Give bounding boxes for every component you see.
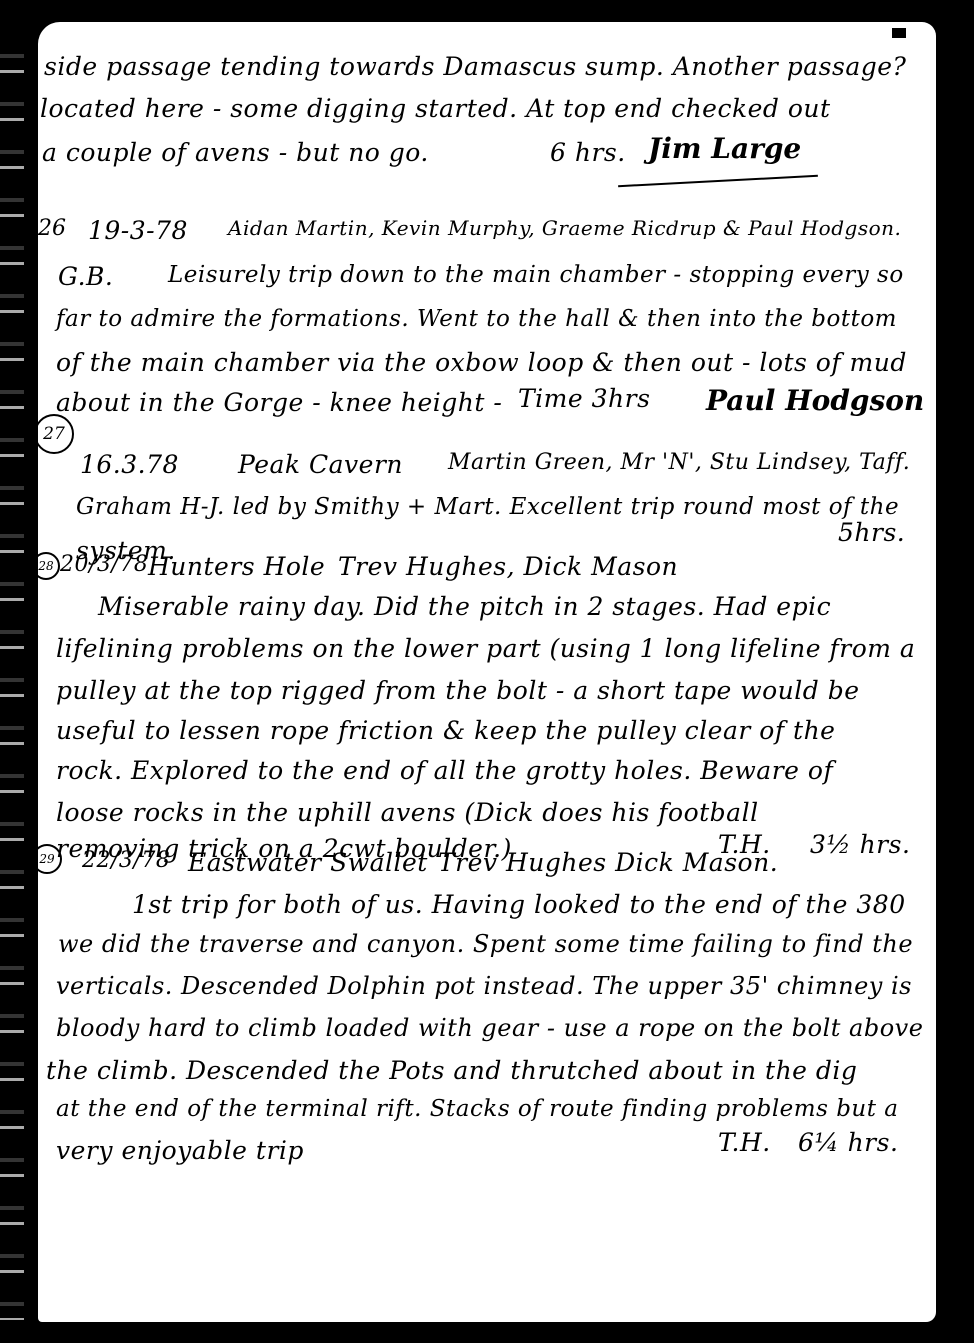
entry-number: 26 — [38, 216, 66, 241]
entry-text-line: about in the Gorge - knee height - — [56, 388, 502, 417]
entry-text-line: rock. Explored to the end of all the gro… — [56, 756, 833, 785]
entry-text-line: of the main chamber via the oxbow loop &… — [56, 348, 907, 377]
entry-duration: 5hrs. — [838, 518, 905, 547]
entry-cave: G.B. — [58, 262, 113, 291]
entry-duration: 3½ hrs. — [810, 830, 910, 859]
entry-text-line: Graham H-J. led by Smithy + Mart. Excell… — [76, 494, 899, 520]
entry-duration: 6¼ hrs. — [798, 1128, 898, 1157]
entry-number-circled: 29 — [32, 844, 62, 874]
entry-party: Trev Hughes, Dick Mason — [338, 552, 678, 581]
logbook-page: side passage tending towards Damascus su… — [38, 22, 936, 1322]
entry-date: 22/3/78 — [82, 848, 170, 873]
entry-cave: Peak Cavern — [238, 450, 403, 479]
entry-date: 16.3.78 — [80, 450, 179, 479]
entry-party: Aidan Martin, Kevin Murphy, Graeme Ricdr… — [228, 216, 901, 240]
signature-jim-large: Jim Large — [648, 132, 801, 165]
entry-text-line: Leisurely trip down to the main chamber … — [168, 262, 904, 288]
entry-date: 19-3-78 — [88, 216, 188, 245]
entry-text-line: 1st trip for both of us. Having looked t… — [132, 890, 906, 919]
entry-text-line: useful to lessen rope friction & keep th… — [56, 716, 835, 745]
entry-text-line: very enjoyable trip — [56, 1136, 304, 1165]
scan-binding-edge — [0, 40, 24, 1320]
entry-text-line: the climb. Descended the Pots and thrutc… — [46, 1056, 857, 1085]
entry-party: Trev Hughes Dick Mason. — [438, 848, 778, 877]
entry-text-line: verticals. Descended Dolphin pot instead… — [56, 972, 912, 1000]
entry-number-circled: 28 — [32, 552, 60, 580]
entry-date: 20/3/78 — [60, 552, 148, 577]
continuation-line: side passage tending towards Damascus su… — [44, 52, 906, 81]
entry-cave: Eastwater Swallet — [188, 848, 428, 877]
entry-text-line: at the end of the terminal rift. Stacks … — [56, 1096, 899, 1122]
entry-text-line: lifelining problems on the lower part (u… — [56, 634, 915, 663]
signature-underline — [618, 175, 818, 187]
signature-paul-hodgson: Paul Hodgson — [706, 384, 924, 417]
entry-initials: T.H. — [718, 1128, 771, 1157]
entry-number-circled: 27 — [34, 414, 74, 454]
entry-party: Martin Green, Mr 'N', Stu Lindsey, Taff. — [448, 450, 910, 475]
entry-text-line: pulley at the top rigged from the bolt -… — [56, 676, 860, 705]
entry-text-line: bloody hard to climb loaded with gear - … — [56, 1014, 923, 1042]
entry-duration: Time 3hrs — [518, 384, 650, 413]
entry-text-line: far to admire the formations. Went to th… — [56, 306, 897, 332]
continuation-line: a couple of avens - but no go. — [42, 138, 429, 167]
entry-text-line: Miserable rainy day. Did the pitch in 2 … — [98, 592, 831, 621]
entry-text-line: loose rocks in the uphill avens (Dick do… — [56, 798, 759, 827]
entry-cave: Hunters Hole — [148, 552, 325, 581]
entry-text-line: we did the traverse and canyon. Spent so… — [58, 930, 913, 958]
continuation-line: located here - some digging started. At … — [40, 94, 831, 123]
continuation-duration: 6 hrs. — [550, 138, 626, 167]
